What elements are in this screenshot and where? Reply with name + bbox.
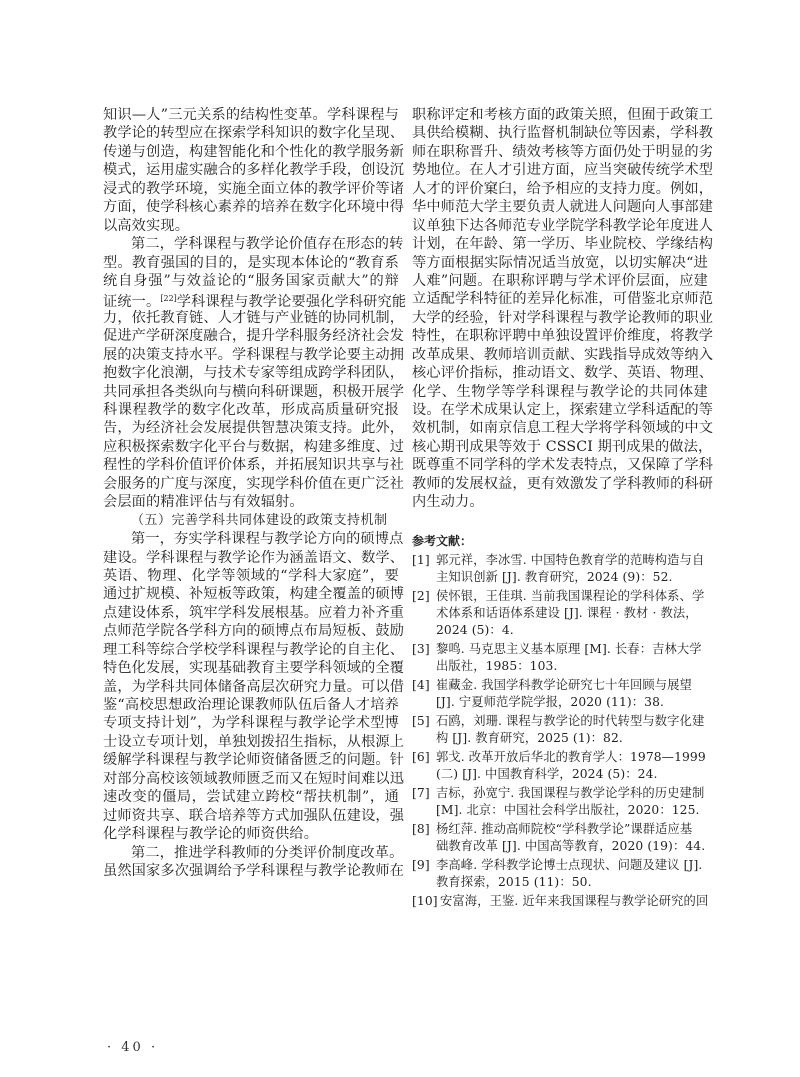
section-heading: （五）完善学科共同体建设的政策支持机制 — [103, 512, 399, 530]
text-line: 抱数字化浪潮，与技术专家等组成跨学科团队， — [103, 364, 399, 382]
reference-item: [8]杨红萍. 推动高师院校“学科教学论”课群适应基 础教育改革 [J]. 中国… — [412, 821, 708, 855]
reference-text: 杨红萍. 推动高师院校“学科教学论”课群适应基 — [436, 822, 692, 836]
text-line: 第一，夯实学科课程与教学论方向的硕博点 — [103, 530, 399, 548]
text-line: 特性，在职称评聘中单独设置评价维度，将教学 — [412, 327, 708, 345]
reference-item: [9]李高峰. 学科教学论博士点现状、问题及建议 [J]. 教育探索，2015 … — [412, 857, 708, 891]
text-line: 对部分高校该领域教师匮乏而又在短时间难以迅 — [103, 770, 399, 788]
reference-text: 主知识创新 [J]. 教育研究，2024 (9)：52. — [412, 569, 708, 586]
text-line: 告，为经济社会发展提供智慧决策支持。此外， — [103, 419, 399, 437]
text-line: 内生动力。 — [412, 493, 708, 511]
text-line: 模式，运用虚实融合的多样化教学手段，创设沉 — [103, 161, 399, 179]
left-column: 知识—人”三元关系的结构性变革。学科课程与 教学论的转型应在探索学科知识的数字化… — [103, 106, 399, 880]
reference-item: [6]郭戈. 改革开放后华北的教育学人：1978—1999 (二) [J]. 中… — [412, 749, 708, 783]
text-line: 大学的经验，针对学科课程与教学论教师的职业 — [412, 309, 708, 327]
page-number: · 40 · — [107, 1040, 158, 1055]
reference-text: [J]. 宁夏师范学院学报，2020 (11)：38. — [412, 694, 708, 711]
reference-text: 教育探索，2015 (11)：50. — [412, 874, 708, 891]
reference-text: 崔藏金. 我国学科教学论研究七十年回顾与展望 — [436, 678, 692, 692]
text-line: 既尊重不同学科的学术发表特点，又保障了学科 — [412, 456, 708, 474]
text-line: 促进产学研深度融合，提升学科服务经济社会发 — [103, 327, 399, 345]
text-line: 核心期刊成果等效于 CSSCI 期刊成果的做法， — [412, 438, 708, 456]
text-line: 效机制，如南京信息工程大学将学科领域的中文 — [412, 419, 708, 437]
reference-text: 础教育改革 [J]. 中国高等教育，2020 (19)：44. — [412, 838, 708, 855]
reference-number: [3] — [412, 641, 436, 658]
reference-text: 郭戈. 改革开放后华北的教育学人：1978—1999 — [436, 750, 706, 764]
reference-text: [M]. 北京：中国社会科学出版社，2020：125. — [412, 802, 708, 819]
reference-item: [3]黎鸣. 马克思主义基本原理 [M]. 长春：吉林大学 出版社，1985：1… — [412, 641, 708, 675]
reference-text: 术体系和话语体系建设 [J]. 课程 · 教材 · 教法， — [412, 605, 708, 622]
references-section: 参考文献： [1]郭元祥，李冰雪. 中国特色教育学的范畴构造与自 主知识创新 [… — [412, 530, 708, 910]
text-line: 应积极探索数字化平台与数据，构建多维度、过 — [103, 438, 399, 456]
text-line: 力，依托教育链、人才链与产业链的协同机制， — [103, 309, 399, 327]
text-line: 统自身强”与效益论的“服务国家贡献大”的辩 — [103, 272, 399, 290]
reference-item: [5]石鸥，刘珊. 课程与教学论的时代转型与数字化建 构 [J]. 教育研究，2… — [412, 713, 708, 747]
text-line: 传递与创造，构建智能化和个性化的教学服务新 — [103, 143, 399, 161]
right-column: 职称评定和考核方面的政策关照，但囿于政策工 具供给模糊、执行监督机制缺位等因素，… — [412, 106, 708, 912]
paragraph: 知识—人”三元关系的结构性变革。学科课程与 教学论的转型应在探索学科知识的数字化… — [103, 106, 399, 235]
text-line: 盖，为学科共同体储备高层次研究力量。可以借 — [103, 678, 399, 696]
paragraph: 第二，推进学科教师的分类评价制度改革。 虽然国家多次强调给予学科课程与教学论教师… — [103, 844, 399, 881]
text-line: 过师资共享、联合培养等方式加强队伍建设，强 — [103, 807, 399, 825]
text-line: 士设立专项计划，单独划拨招生指标，从根源上 — [103, 733, 399, 751]
text-line: 方面，使学科核心素养的培养在数字化环境中得 — [103, 198, 399, 216]
text-line: 点师范学院各学科方向的硕博点布局短板、鼓励 — [103, 622, 399, 640]
reference-text: 安富海，王鉴. 近年来我国课程与教学论研究的回 — [440, 894, 708, 908]
text-line: 科课程教学的数字化改革，形成高质量研究报 — [103, 401, 399, 419]
text-line: 会层面的精准评估与有效辐射。 — [103, 493, 399, 511]
text-line: 鉴“高校思想政治理论课教师队伍后备人才培养 — [103, 696, 399, 714]
text-line: 点建设体系，筑牢学科发展根基。应着力补齐重 — [103, 604, 399, 622]
references-title: 参考文献： — [412, 530, 708, 552]
reference-text: 构 [J]. 教育研究，2025 (1)：82. — [412, 730, 708, 747]
reference-number: [9] — [412, 857, 436, 874]
text-line: 教师的发展权益，更有效激发了学科教师的科研 — [412, 475, 708, 493]
paragraph: 职称评定和考核方面的政策关照，但囿于政策工 具供给模糊、执行监督机制缺位等因素，… — [412, 106, 708, 512]
reference-text: 李高峰. 学科教学论博士点现状、问题及建议 [J]. — [436, 858, 702, 872]
reference-text: 侯怀银，王佳琪. 当前我国课程论的学科体系、学 — [436, 589, 704, 603]
text-line: 人才的评价窠臼，给予相应的支持力度。例如， — [412, 180, 708, 198]
reference-number: [7] — [412, 785, 436, 802]
text-line: 第二，推进学科教师的分类评价制度改革。 — [103, 844, 399, 862]
text-line: 计划，在年龄、第一学历、毕业院校、学缘结构 — [412, 235, 708, 253]
text-line: 化学科课程与教学论的师资供给。 — [103, 825, 399, 843]
text-line: 势地位。在人才引进方面，应当突破传统学术型 — [412, 161, 708, 179]
text-line: 英语、物理、化学等领域的“学科大家庭”，要 — [103, 567, 399, 585]
reference-number: [6] — [412, 749, 436, 766]
reference-number: [1] — [412, 552, 436, 569]
spacer — [412, 512, 708, 530]
reference-number: [2] — [412, 588, 436, 605]
text-line: 改革成果、教师培训贡献、实践指导成效等纳入 — [412, 346, 708, 364]
text-line: 等方面根据实际情况适当放宽，以切实解决“进 — [412, 254, 708, 272]
text-line: 华中师范大学主要负责人就进人问题向人事部建 — [412, 198, 708, 216]
reference-item: [2]侯怀银，王佳琪. 当前我国课程论的学科体系、学 术体系和话语体系建设 [J… — [412, 588, 708, 639]
text-line: 设。在学术成果认定上，探索建立学科适配的等 — [412, 401, 708, 419]
text-line: 具供给模糊、执行监督机制缺位等因素，学科教 — [412, 124, 708, 142]
text-line: 教学论的转型应在探索学科知识的数字化呈现、 — [103, 124, 399, 142]
text-line: 知识—人”三元关系的结构性变革。学科课程与 — [103, 106, 399, 124]
text-line: 特色化发展，实现基础教育主要学科领域的全覆 — [103, 659, 399, 677]
reference-number: [4] — [412, 677, 436, 694]
text-line: 化学、生物学等学科课程与教学论的共同体建 — [412, 383, 708, 401]
text-line: 缓解学科课程与教学论师资储备匮乏的问题。针 — [103, 751, 399, 769]
text-line: 共同承担各类纵向与横向科研课题，积极开展学 — [103, 383, 399, 401]
text-line: 虽然国家多次强调给予学科课程与教学论教师在 — [103, 862, 399, 880]
paragraph: 第一，夯实学科课程与教学论方向的硕博点 建设。学科课程与教学论作为涵盖语文、数学… — [103, 530, 399, 843]
text-line: 职称评定和考核方面的政策关照，但囿于政策工 — [412, 106, 708, 124]
text-line: 师在职称晋升、绩效考核等方面仍处于明显的劣 — [412, 143, 708, 161]
reference-text: 黎鸣. 马克思主义基本原理 [M]. 长春：吉林大学 — [436, 642, 702, 656]
reference-text: 郭元祥，李冰雪. 中国特色教育学的范畴构造与自 — [436, 553, 704, 567]
text-line: 会服务的广度与深度，实现学科价值在更广泛社 — [103, 475, 399, 493]
text-fragment: 证统一。 — [103, 294, 160, 310]
reference-number: [5] — [412, 713, 436, 730]
reference-item: [4]崔藏金. 我国学科教学论研究七十年回顾与展望 [J]. 宁夏师范学院学报，… — [412, 677, 708, 711]
text-fragment: 学科课程与教学论要强化学科研究能 — [177, 294, 406, 310]
reference-item: [10]安富海，王鉴. 近年来我国课程与教学论研究的回 — [412, 893, 708, 910]
text-line: 型。教育强国的目的，是实现本体论的“教育系 — [103, 254, 399, 272]
reference-text: 吉标，孙宽宁. 我国课程与教学论学科的历史建制 — [436, 786, 704, 800]
text-line: 建设。学科课程与教学论作为涵盖语文、数学、 — [103, 549, 399, 567]
text-line: 浸式的教学环境，实施全面立体的教学评价等诸 — [103, 180, 399, 198]
text-line: 理工科等综合学校学科课程与教学论的自主化、 — [103, 641, 399, 659]
reference-text: 出版社，1985：103. — [412, 658, 708, 675]
paragraph: 第二，学科课程与教学论价值存在形态的转 型。教育强国的目的，是实现本体论的“教育… — [103, 235, 399, 512]
reference-text: (二) [J]. 中国教育科学，2024 (5)：24. — [412, 766, 708, 783]
reference-number: [8] — [412, 821, 436, 838]
text-line: 议单独下达各师范专业学院学科教学论年度进人 — [412, 217, 708, 235]
text-line-with-citation: 证统一。[22]学科课程与教学论要强化学科研究能 — [103, 290, 399, 308]
text-line: 速改变的僵局，尝试建立跨校“帮扶机制”，通 — [103, 788, 399, 806]
text-line: 专项支持计划”，为学科课程与教学论学术型博 — [103, 714, 399, 732]
citation-marker[interactable]: [22] — [160, 294, 176, 303]
text-line: 程性的学科价值评价体系，并拓展知识共享与社 — [103, 456, 399, 474]
text-line: 展的决策支持水平。学科课程与教学论要主动拥 — [103, 346, 399, 364]
reference-item: [1]郭元祥，李冰雪. 中国特色教育学的范畴构造与自 主知识创新 [J]. 教育… — [412, 552, 708, 586]
text-line: 立适配学科特征的差异化标准，可借鉴北京师范 — [412, 290, 708, 308]
text-line: 人难”问题。在职称评聘与学术评价层面，应建 — [412, 272, 708, 290]
reference-text: 2024 (5)：4. — [412, 622, 708, 639]
reference-item: [7]吉标，孙宽宁. 我国课程与教学论学科的历史建制 [M]. 北京：中国社会科… — [412, 785, 708, 819]
reference-number: [10] — [412, 893, 440, 910]
text-line: 第二，学科课程与教学论价值存在形态的转 — [103, 235, 399, 253]
text-line: 通过扩规模、补短板等政策，构建全覆盖的硕博 — [103, 585, 399, 603]
reference-text: 石鸥，刘珊. 课程与教学论的时代转型与数字化建 — [436, 714, 704, 728]
text-line: 核心评价指标，推动语文、数学、英语、物理、 — [412, 364, 708, 382]
text-line: 以高效实现。 — [103, 217, 399, 235]
